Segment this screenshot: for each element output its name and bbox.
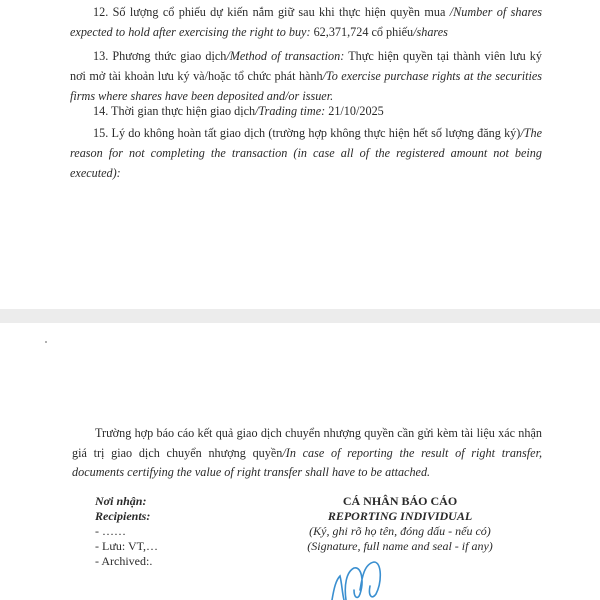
item-label-vi: Lý do không hoàn tất giao dịch (trường h… — [108, 126, 520, 140]
item-15: 15. Lý do không hoàn tất giao dịch (trườ… — [70, 123, 542, 183]
recipients-block: Nơi nhận: Recipients: - …… - Lưu: VT,… -… — [95, 494, 158, 569]
transfer-note: Trường hợp báo cáo kết quả giao dịch chu… — [72, 424, 542, 483]
item-number: 15. — [93, 126, 108, 140]
item-label-en: /Method of transaction: — [226, 49, 344, 63]
signer-title-en: REPORTING INDIVIDUAL — [250, 509, 550, 524]
signature-instruction-en: (Signature, full name and seal - if any) — [250, 539, 550, 554]
item-label-vi: Phương thức giao dịch — [108, 49, 226, 63]
item-label-vi: Số lượng cổ phiếu dự kiến nắm giữ sau kh… — [108, 5, 450, 19]
scan-artifact — [45, 341, 47, 343]
item-value: 21/10/2025 — [325, 104, 384, 118]
item-number: 14. — [93, 104, 108, 118]
item-13: 13. Phương thức giao dịch/Method of tran… — [70, 46, 542, 106]
signer-title-vi: CÁ NHÂN BÁO CÁO — [250, 494, 550, 509]
item-number: 13. — [93, 49, 108, 63]
recipient-line: - Lưu: VT,… — [95, 539, 158, 554]
item-number: 12. — [93, 5, 108, 19]
recipients-label-en: Recipients: — [95, 509, 150, 523]
item-14: 14. Thời gian thực hiện giao dịch/Tradin… — [70, 101, 542, 121]
item-unit: /shares — [413, 25, 448, 39]
recipient-line: - Archived:. — [95, 554, 158, 569]
handwritten-signature-icon — [320, 560, 430, 600]
recipient-line: - …… — [95, 524, 158, 539]
item-label-vi: Thời gian thực hiện giao dịch — [108, 104, 255, 118]
item-12: 12. Số lượng cổ phiếu dự kiến nắm giữ sa… — [70, 2, 542, 42]
recipients-label-vi: Nơi nhận: — [95, 494, 146, 508]
page-break — [0, 309, 600, 323]
item-value: 62,371,724 cổ phiếu — [311, 25, 414, 39]
signature-block: CÁ NHÂN BÁO CÁO REPORTING INDIVIDUAL (Ký… — [250, 494, 550, 554]
item-label-en: /Trading time: — [255, 104, 325, 118]
signature-instruction-vi: (Ký, ghi rõ họ tên, đóng dấu - nếu có) — [250, 524, 550, 539]
